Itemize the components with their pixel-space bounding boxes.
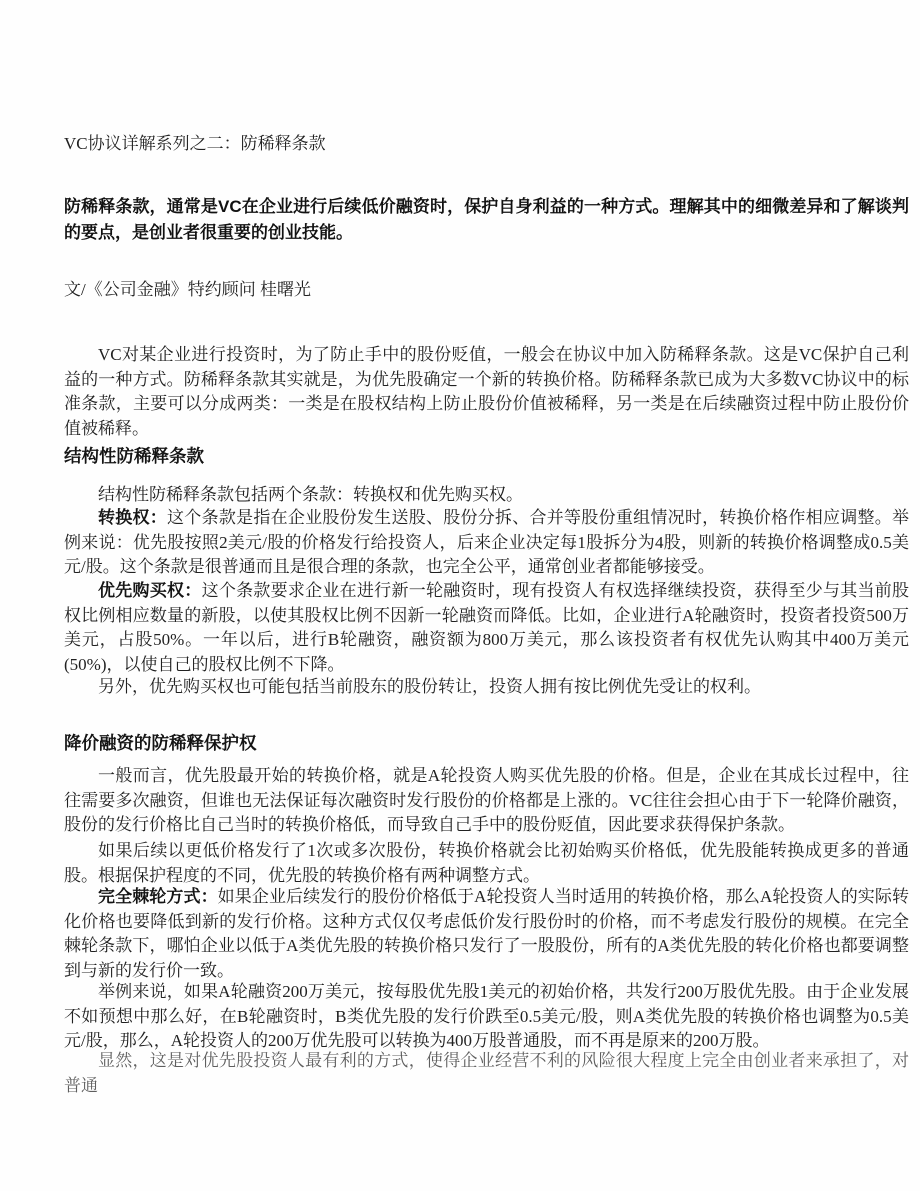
preemptive-right-term: 优先购买权： bbox=[98, 581, 202, 600]
paragraph-structural-intro: 结构性防稀释条款包括两个条款：转换权和优先购买权。 bbox=[64, 483, 909, 508]
paragraph-adjust-methods: 如果后续以更低价格发行了1次或多次股份，转换价格就会比初始购买价格低，优先股能转… bbox=[64, 839, 909, 888]
document-title: VC协议详解系列之二：防稀释条款 bbox=[64, 133, 909, 155]
document-page: VC协议详解系列之二：防稀释条款 防稀释条款，通常是VC在企业进行后续低价融资时… bbox=[0, 0, 920, 1191]
paragraph-conclusion-truncated: 显然，这是对优先股投资人最有利的方式，使得企业经营不利的风险很大程度上完全由创业… bbox=[64, 1049, 909, 1098]
paragraph-preemptive-right: 优先购买权：这个条款要求企业在进行新一轮融资时，现有投资人有权选择继续投资，获得… bbox=[64, 579, 909, 677]
section-heading-structural: 结构性防稀释条款 bbox=[64, 445, 909, 467]
full-ratchet-term: 完全棘轮方式： bbox=[98, 887, 218, 906]
paragraph-downround-background: 一般而言，优先股最开始的转换价格，就是A轮投资人购买优先股的价格。但是，企业在其… bbox=[64, 764, 909, 838]
paragraph-overview: VC对某企业进行投资时，为了防止手中的股份贬值，一般会在协议中加入防稀释条款。这… bbox=[64, 343, 909, 441]
paragraph-transfer-note: 另外，优先购买权也可能包括当前股东的股份转让，投资人拥有按比例优先受让的权利。 bbox=[64, 675, 909, 700]
intro-summary: 防稀释条款，通常是VC在企业进行后续低价融资时，保护自身利益的一种方式。理解其中… bbox=[64, 194, 909, 246]
paragraph-full-ratchet: 完全棘轮方式：如果企业后续发行的股份价格低于A轮投资人当时适用的转换价格，那么A… bbox=[64, 885, 909, 983]
conversion-right-text: 这个条款是指在企业股份发生送股、股份分拆、合并等股份重组情况时，转换价格作相应调… bbox=[64, 508, 909, 576]
paragraph-ratchet-example: 举例来说，如果A轮融资200万美元，按每股优先股1美元的初始价格，共发行200万… bbox=[64, 980, 909, 1054]
section-heading-downround: 降价融资的防稀释保护权 bbox=[64, 732, 909, 754]
paragraph-conversion-right: 转换权：这个条款是指在企业股份发生送股、股份分拆、合并等股份重组情况时，转换价格… bbox=[64, 506, 909, 580]
byline: 文/《公司金融》特约顾问 桂曙光 bbox=[64, 279, 909, 301]
conversion-right-term: 转换权： bbox=[98, 508, 167, 527]
